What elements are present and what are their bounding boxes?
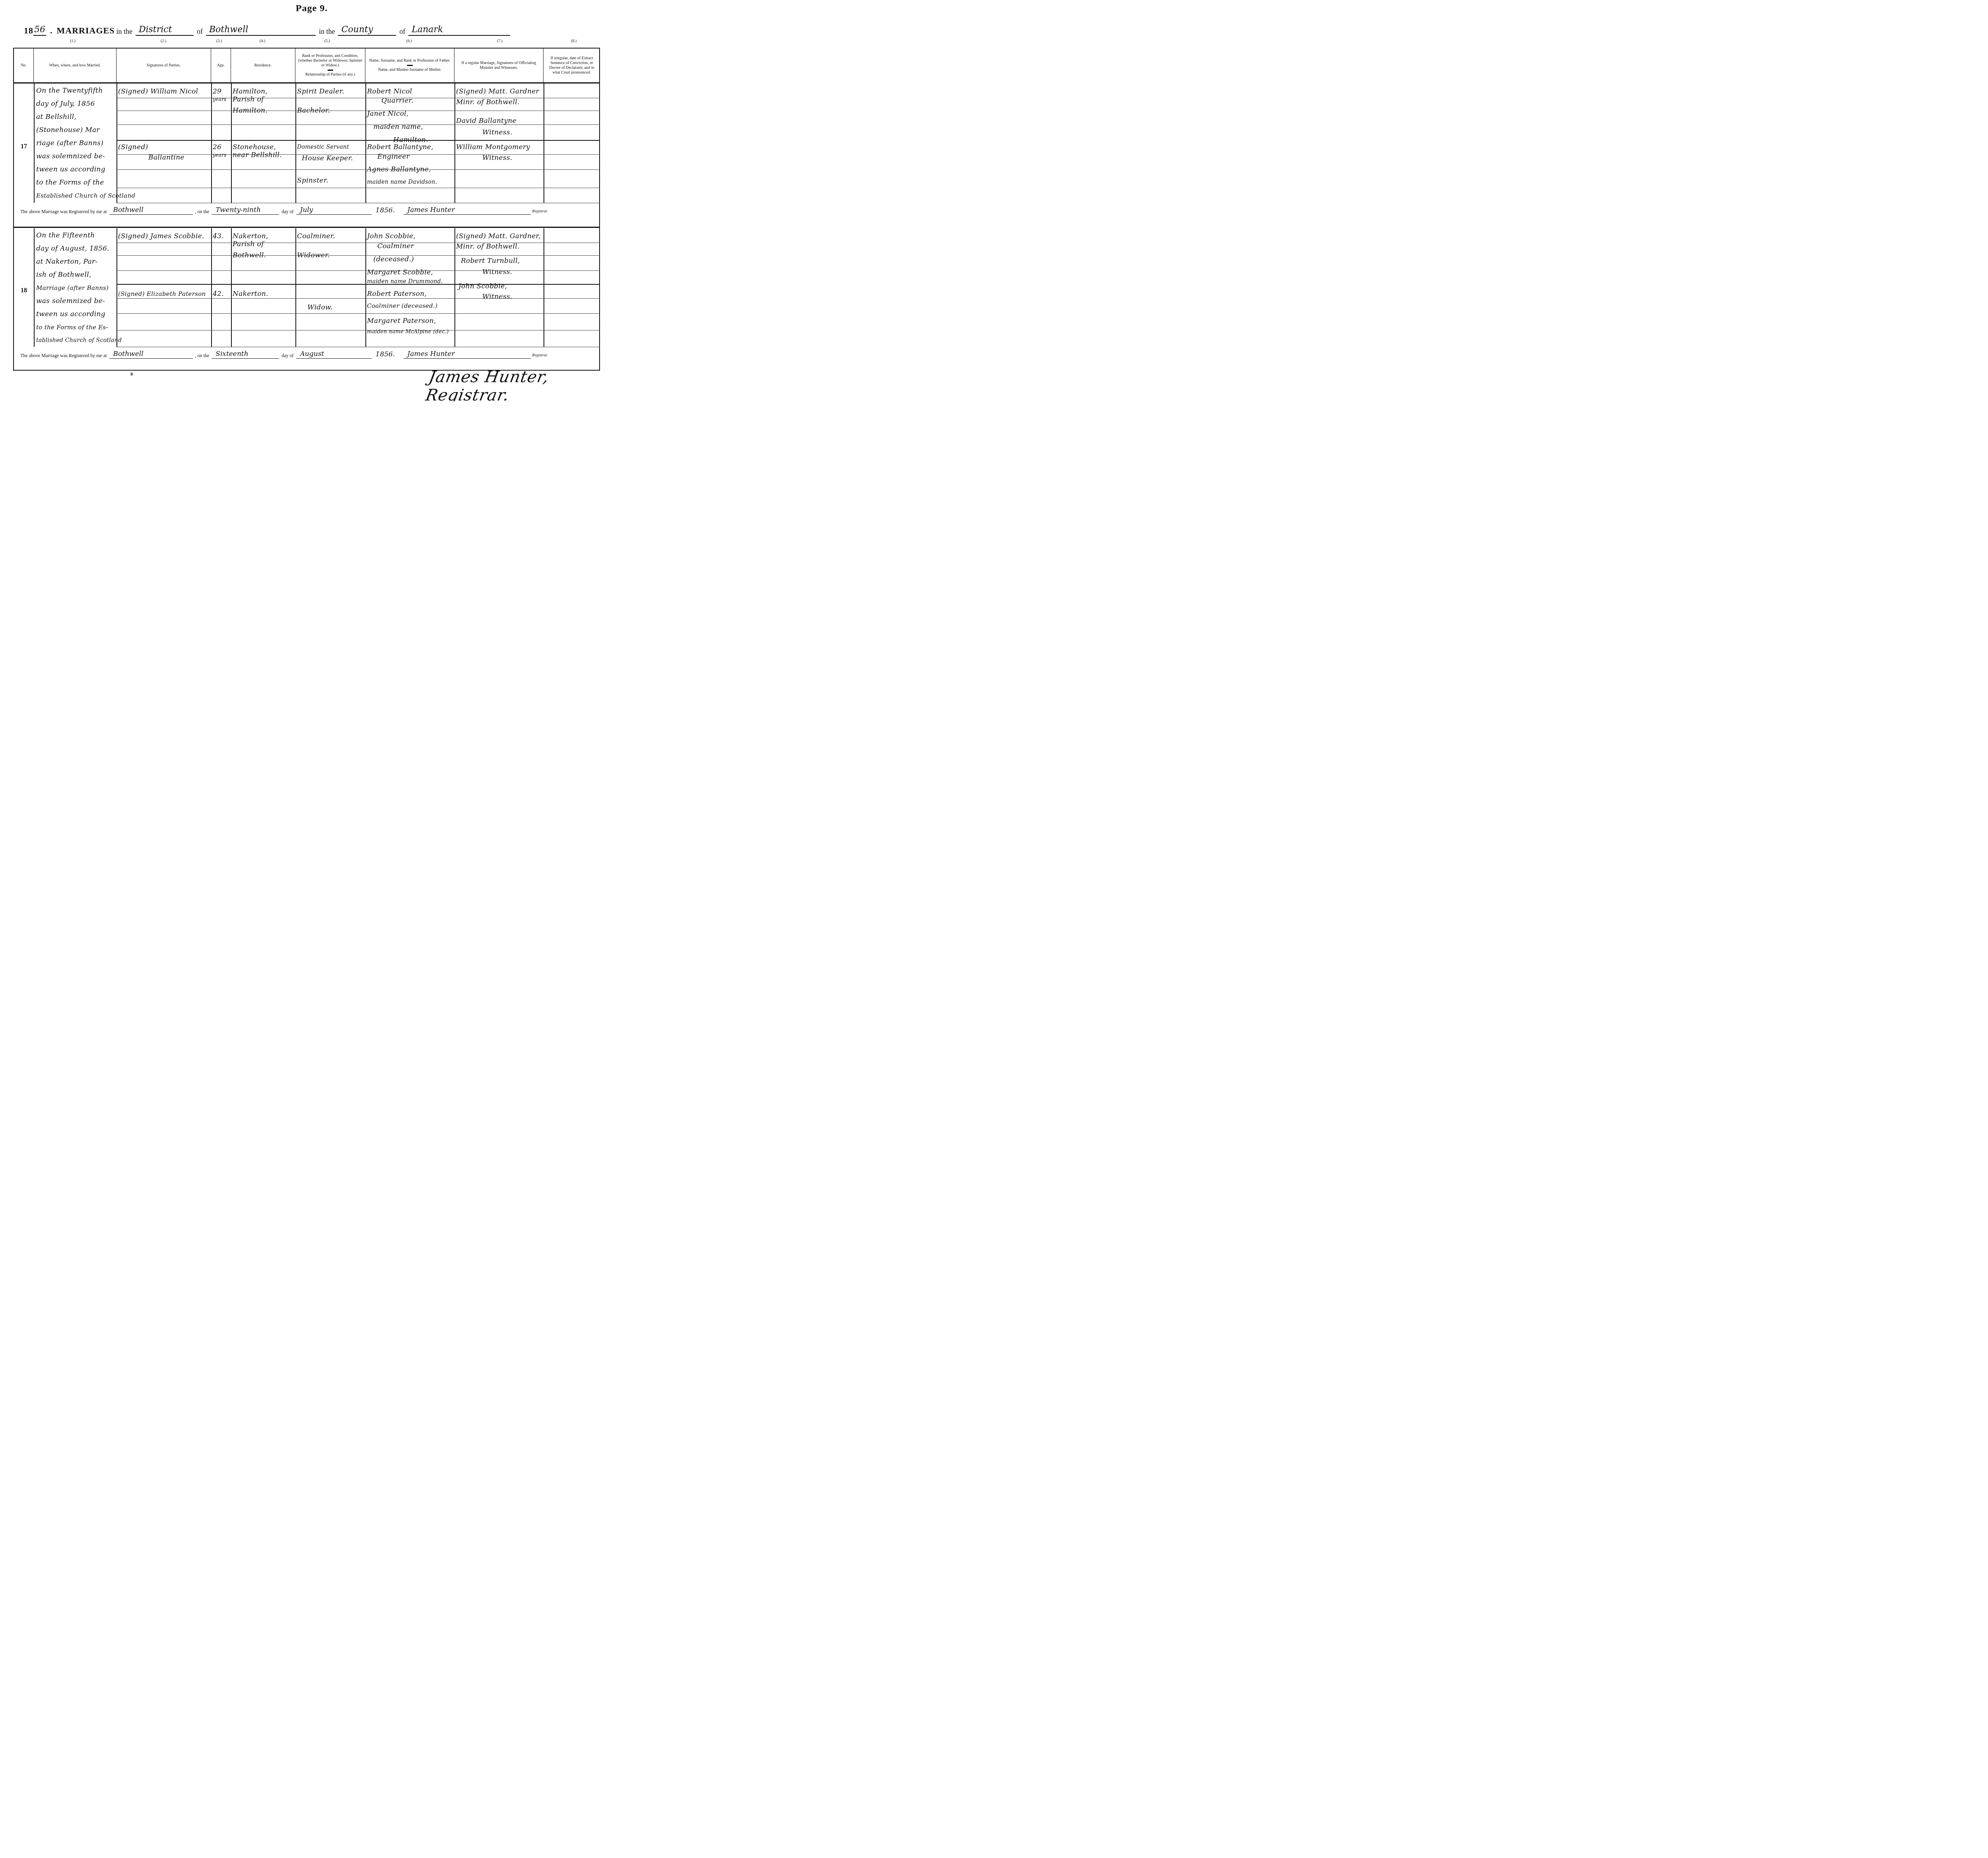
column-number: (4.)	[260, 39, 265, 43]
registration-day: Sixteenth	[212, 350, 279, 359]
district-value: Bothwell	[206, 25, 316, 36]
when-where-how-married: On the Twentyfifth day of July, 1856 at …	[35, 87, 116, 200]
registration-year: 1856.	[372, 206, 404, 215]
header-age: Age.	[211, 49, 231, 82]
register-type: MARRIAGES	[57, 25, 115, 36]
in-the-label: in the	[116, 27, 132, 36]
bride-residence: Stonehouse, near Bellshill.	[231, 143, 295, 159]
year-suffix: 56	[33, 25, 46, 36]
of-label: of	[197, 27, 203, 36]
entry-number: 17	[14, 143, 34, 150]
page-title: Page 9.	[0, 3, 623, 14]
registration-month: August	[296, 350, 372, 359]
groom-signature: (Signed) William Nicol	[116, 87, 211, 95]
bride-age: 26 years	[211, 143, 231, 159]
column-number: (1.)	[70, 39, 76, 43]
in-the-label-2: in the	[319, 27, 335, 36]
county-value: Lanark	[408, 25, 510, 36]
bride-parents: Robert Ballantyne, Engineer Agnes Ballan…	[365, 143, 454, 186]
groom-residence: Hamilton, Parish of Hamilton.	[231, 87, 295, 115]
irregular-marriage-details	[544, 87, 600, 95]
column-number: (2.)	[161, 39, 166, 43]
header-parents: Name, Surname, and Rank or Profession of…	[365, 49, 454, 82]
register-entry: 18 On the Fifteenth day of August, 1856.…	[14, 228, 599, 370]
registration-day: Twenty-ninth	[212, 206, 279, 215]
column-number: (7.)	[497, 39, 503, 43]
register-heading: 18 56 . MARRIAGES in the District of Bot…	[24, 20, 600, 36]
registrar-attestation-signature: James Hunter, Registrar.	[424, 368, 623, 401]
groom-rank-condition: Spirit Dealer. Bachelor.	[295, 87, 365, 115]
registration-statement: The above Marriage was Registered by me …	[18, 203, 598, 215]
header-residence: Residence.	[231, 49, 295, 82]
county-label: County	[338, 25, 396, 36]
entry-divider	[14, 227, 599, 228]
registration-place: Bothwell	[109, 350, 193, 359]
officiant-and-witnesses: (Signed) Matt. Gardner Minr. of Bothwell…	[454, 87, 544, 162]
bride-signature: (Signed) Ballantine	[116, 143, 211, 161]
groom-signature: (Signed) James Scobbie.	[116, 232, 211, 240]
entry-number: 18	[14, 287, 34, 294]
header-signatures: Signatures of Parties.	[116, 49, 211, 82]
of-label-2: of	[399, 27, 405, 36]
bride-parents: Robert Paterson, Coalminer (deceased.) M…	[365, 290, 454, 336]
when-where-how-married: On the Fifteenth day of August, 1856. at…	[35, 231, 116, 344]
officiant-and-witnesses: (Signed) Matt. Gardner, Minr. of Bothwel…	[454, 232, 544, 301]
bride-rank-condition: Widow.	[295, 290, 365, 311]
groom-age: 29 years	[211, 87, 231, 103]
header-when-where-how: When, where, and how Married.	[34, 49, 116, 82]
table-header: No. When, where, and how Married. Signat…	[14, 49, 599, 84]
column-number: (8.)	[571, 39, 577, 43]
registration-year: 1856.	[372, 350, 404, 359]
groom-rank-condition: Coalminer. Widower.	[295, 232, 365, 259]
header-no: No.	[14, 49, 34, 82]
marriage-register-table: No. When, where, and how Married. Signat…	[13, 48, 600, 371]
column-number: (5.)	[324, 39, 330, 43]
registrar-signature: James Hunter	[404, 206, 531, 215]
bride-signature: (Signed) Elizabeth Paterson	[116, 290, 211, 298]
registration-place: Bothwell	[109, 206, 193, 215]
header-rank-condition: Rank or Profession, and Condition, (whet…	[295, 49, 365, 82]
registration-statement: The above Marriage was Registered by me …	[18, 347, 598, 359]
column-number: (6.)	[406, 39, 412, 43]
header-officiant-witnesses: If a regular Marriage, Signatures of Off…	[454, 49, 544, 82]
groom-age: 43.	[211, 232, 231, 240]
bride-age: 42.	[211, 290, 231, 298]
groom-parents: John Scobbie, Coalminer (deceased.) Marg…	[365, 232, 454, 286]
header-irregular: If irregular, date of Extract Sentence o…	[544, 49, 600, 82]
year-prefix: 18	[24, 25, 33, 36]
registration-month: July	[296, 206, 372, 215]
bride-residence: Nakerton.	[231, 290, 295, 298]
groom-residence: Nakerton, Parish of Bothwell.	[231, 232, 295, 259]
registrar-signature: James Hunter	[404, 350, 531, 359]
column-number: (3.)	[216, 39, 222, 43]
sheet-mark: B	[130, 372, 133, 377]
irregular-marriage-details	[544, 232, 600, 240]
district-label: District	[136, 25, 194, 36]
bride-rank-condition: Domestic Servant House Keeper. Spinster.	[295, 143, 365, 185]
groom-parents: Robert Nicol Quarrier. Janet Nicol, maid…	[365, 87, 454, 144]
register-entry: 17 On the Twentyfifth day of July, 1856 …	[14, 84, 599, 226]
column-numbers: (1.) (2.) (3.) (4.) (5.) (6.) (7.) (8.)	[13, 39, 601, 45]
